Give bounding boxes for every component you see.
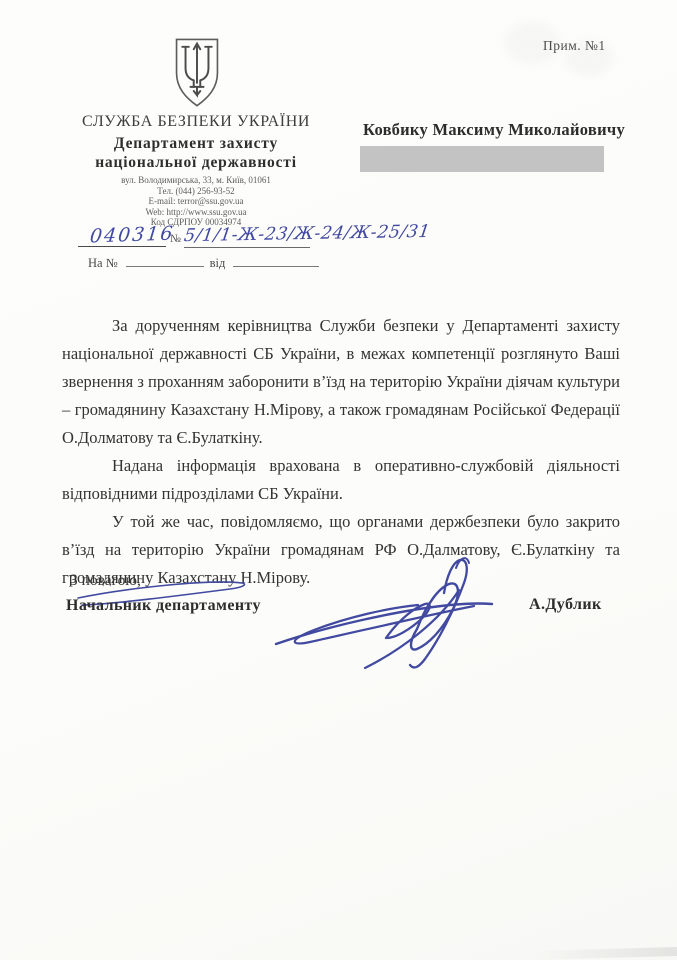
scanned-letter-page: Прим. №1 СЛУЖБА БЕЗПЕКИ УКРАЇНИ Департам… — [0, 0, 677, 960]
blank-line — [126, 255, 204, 267]
signer-title: Начальник департаменту — [66, 597, 261, 615]
letterhead-address: вул. Володимирська, 33, м. Київ, 01061 — [38, 175, 354, 186]
letterhead-phone: Тел. (044) 256-93-52 — [38, 186, 354, 197]
handwritten-outgoing-number: 5/1/1-Ж-23/Ж-24/Ж-25/31 — [183, 222, 432, 246]
reply-vid: від — [210, 256, 226, 270]
department-name: Департамент захисту національної державн… — [38, 134, 354, 172]
addressee-name: Ковбику Максиму Миколайовичу — [363, 120, 663, 140]
redaction-bar — [360, 146, 604, 172]
signer-name: А.Дублик — [529, 596, 602, 614]
department-line2: національної державності — [38, 153, 354, 172]
number-underline — [184, 247, 310, 248]
handwritten-date: 040316 — [89, 222, 176, 247]
letterhead-contacts: вул. Володимирська, 33, м. Київ, 01061 Т… — [38, 175, 354, 228]
letterhead-email: E-mail: terror@ssu.gov.ua — [38, 196, 354, 207]
reply-reference-line: На №від — [88, 255, 319, 271]
blank-line — [233, 255, 319, 267]
paragraph-2: Надана інформація врахована в оперативно… — [62, 452, 620, 508]
department-line1: Департамент захисту — [38, 134, 354, 153]
organization-name: СЛУЖБА БЕЗПЕКИ УКРАЇНИ — [38, 113, 354, 131]
copy-number-note: Прим. №1 — [543, 38, 606, 54]
paragraph-1: За дорученням керівництва Служби безпеки… — [62, 312, 620, 452]
reply-prefix: На № — [88, 256, 118, 270]
number-sign: № — [170, 233, 181, 245]
ukraine-trident-emblem-icon — [166, 37, 228, 109]
signature-scribble — [268, 548, 500, 680]
date-underline — [78, 246, 166, 247]
letterhead-web: Web: http://www.ssu.gov.ua — [38, 207, 354, 218]
scan-edge-shadow — [527, 947, 677, 960]
